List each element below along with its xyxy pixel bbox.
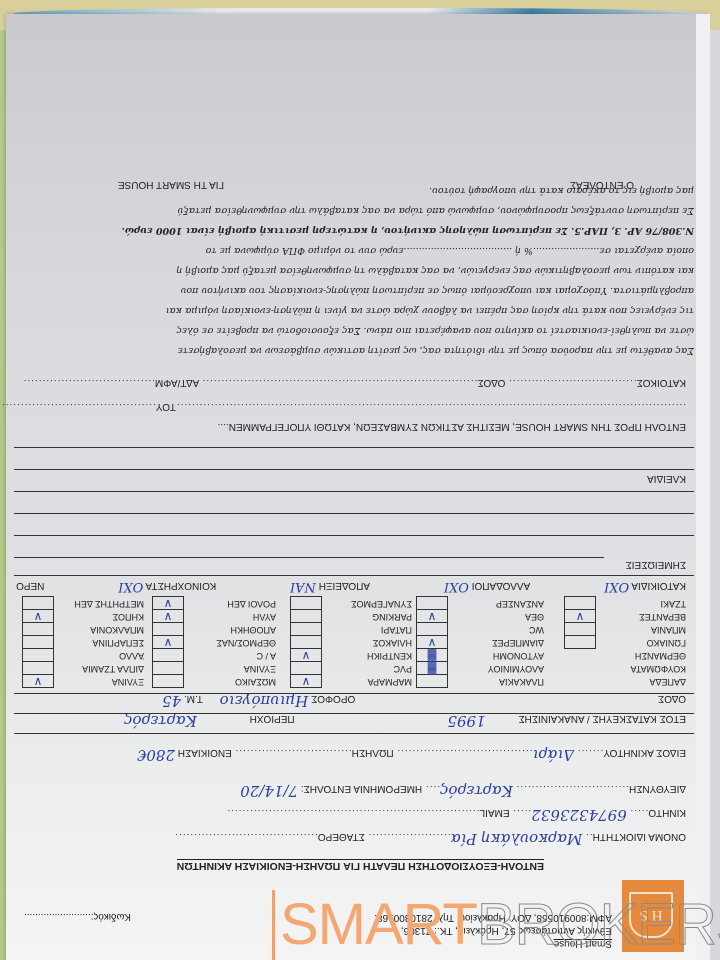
sqm-label: Τ.Μ. <box>184 693 203 704</box>
feature-label: ΔΙΠΛΑ ΤΖΑΜΙΑ <box>82 663 144 676</box>
extra-field[interactable]: ΚΟΙΝΟΧΡΗΣΤΑ ΟΧΙ <box>118 579 216 594</box>
watermark-smart: SMART <box>280 892 477 957</box>
check-mark-icon: ∨ <box>417 638 447 648</box>
feature-checkbox[interactable]: ∨ <box>22 609 54 623</box>
year-value: 1995 <box>447 712 485 730</box>
date-value: 7/14/20 <box>240 782 298 800</box>
client-signature-label: Ο ΕΝΤΟΛΕΑΣ <box>570 179 634 190</box>
address-label: ΔΙΕΥΘΥΝΣΗ <box>629 783 686 794</box>
check-mark-icon: ∨ <box>291 651 321 661</box>
owner-field[interactable]: ΟΝΟΜΑ ΙΔΙΟΚΤΗΤΗ.. Μαρκουλάκη Ρία........… <box>174 830 686 848</box>
feature-checkbox[interactable]: ∨ <box>152 609 184 623</box>
year-field[interactable]: ΕΤΟΣ ΚΑΤΑΣΚΕΥΗΣ / ΑΝΑΚΑΙΝΙΣΗΣ 1995 ΠΕΡΙΟ… <box>124 712 686 730</box>
feature-label: ΠΛΑΚΑΚΙΑ <box>499 676 544 689</box>
feature-label: ΜΩΣΑΙΚΟ <box>235 676 276 689</box>
mobile-label: ΚΙΝΗΤΟ <box>648 807 686 818</box>
feature-label: ΡΟΛΟΙ ΔΕΗ <box>227 598 276 611</box>
type-value: Διάρι <box>532 746 574 764</box>
feature-label: ΣΕΠΑΡΠΙΝΑ <box>92 637 144 650</box>
feature-label: ΠΑΤΑΡΙ <box>381 624 412 637</box>
feature-checkbox[interactable]: ∨ <box>564 609 596 623</box>
agency-signature-label: ΓΙΑ ΤΗ SMART HOUSE <box>118 179 224 190</box>
feature-checkbox[interactable] <box>22 648 54 662</box>
feature-checkbox[interactable]: ∨ <box>152 635 184 649</box>
extra-value: ΝΑΙ <box>290 579 316 594</box>
feature-checkbox[interactable]: ∨ <box>416 635 448 649</box>
id-label: ΑΔΤ/ΑΦΜ <box>155 377 199 388</box>
owner-value: Μαρκουλάκη Ρία <box>451 830 583 848</box>
feature-checkbox[interactable] <box>416 674 448 688</box>
feature-label: ΞΥΛΙΝΑ <box>244 663 276 676</box>
extra-value: ΟΧΙ <box>118 579 143 594</box>
extra-label: ΚΟΙΝΟΧΡΗΣΤΑ <box>143 580 216 591</box>
check-mark-icon: ∨ <box>417 612 447 622</box>
feature-label: ΚΕΝΤΡΙΚΗ <box>367 650 412 663</box>
paragraph-line: Ν.308/76 ΑΡ. 3, ΠΑΡ.5. Σε περίπτωση πώλη… <box>14 220 694 240</box>
extra-value: ΟΧΙ <box>444 579 469 594</box>
feature-label: ΑΥΤΟΝΟΜΗ <box>493 650 544 663</box>
feature-label: WC <box>529 624 544 637</box>
address-value: Καρτερός <box>440 782 513 800</box>
street-label: ΟΔΟΣ <box>658 693 686 704</box>
sqm-value: 45 <box>162 692 181 710</box>
feature-checkbox[interactable]: ▓ <box>416 661 448 675</box>
feature-label: PARKING <box>372 611 412 624</box>
of-field[interactable]: ........................................… <box>0 401 686 412</box>
paragraph-line: Σας αναθέτω με την παρούσα όπως με την ι… <box>14 340 694 360</box>
feature-checkbox[interactable] <box>152 661 184 675</box>
feature-label: ΤΖΑΚΙ <box>660 598 686 611</box>
divider <box>14 693 694 694</box>
of-label: ΤΟΥ <box>156 401 176 412</box>
landline-label: ΣΤΑΘΕΡΟ <box>318 831 365 842</box>
extra-field[interactable]: ΝΕΡΟ <box>16 579 44 594</box>
area-value: Καρτερός <box>124 712 197 730</box>
feature-label: ΆΛΛΟ <box>119 650 144 663</box>
feature-checkbox[interactable] <box>152 674 184 688</box>
feature-label: ΚΟΥΦΩΜΑΤΑ <box>630 663 686 676</box>
feature-label: ΓΩΝΙΑΚΟ <box>647 637 686 650</box>
feature-label: ΑΛΟΥΜΙΝΙΟΥ <box>488 663 544 676</box>
feature-checkbox[interactable] <box>152 622 184 636</box>
extra-label: ΑΠΟΔΕΙΞΗ <box>316 580 370 591</box>
extras-row: ΚΑΤΟΙΚΙΔΙΑ ΟΧΙΑΛΛΟΔΑΠΟΙ ΟΧΙΑΠΟΔΕΙΞΗ ΝΑΙΚ… <box>16 579 686 594</box>
feature-label: ΚΗΠΟΣ <box>112 611 144 624</box>
feature-checkbox[interactable] <box>152 648 184 662</box>
floor-label: ΟΡΟΦΟΣ <box>311 693 355 704</box>
feature-label: Α / C <box>256 650 276 663</box>
paragraph-line: και κατόπιν των μεσολαβητικών σας ενεργε… <box>14 260 694 280</box>
feature-checkbox[interactable]: ∨ <box>416 609 448 623</box>
scribble-mark-icon: ▓ <box>417 651 447 661</box>
extra-value: ΟΧΙ <box>604 579 629 594</box>
email-label: EMAIL <box>480 807 510 818</box>
paper-edge <box>696 14 710 960</box>
owner-label: ΟΝΟΜΑ ΙΔΙΟΚΤΗΤΗ <box>593 831 686 842</box>
extra-field[interactable]: ΑΛΛΟΔΑΠΟΙ ΟΧΙ <box>444 579 530 594</box>
date-label: ΗΜΕΡΟΜΗΝΙΑ ΕΝΤΟΛΗΣ: <box>301 783 422 794</box>
feature-label: ΔΑΠΕΔΑ <box>649 676 686 689</box>
feature-checkbox[interactable] <box>290 635 322 649</box>
feature-checkbox[interactable] <box>290 609 322 623</box>
year-label: ΕΤΟΣ ΚΑΤΑΣΚΕΥΗΣ / ΑΝΑΚΑΙΝΙΣΗΣ <box>518 713 686 724</box>
feature-label: ΜΠΑΛΚΟΝΙΑ <box>90 624 144 637</box>
check-mark-icon: ∨ <box>153 638 183 648</box>
mobile-value: 6974323632 <box>531 806 626 824</box>
feature-checkbox[interactable] <box>564 596 596 610</box>
resident-label: ΚΑΤΟΙΚΟΣ <box>637 377 686 388</box>
extra-field[interactable]: ΑΠΟΔΕΙΞΗ ΝΑΙ <box>290 579 370 594</box>
paragraph-line: Σε περίπτωση συντάξεως προσυμφώνου, συμφ… <box>14 200 694 220</box>
feature-label: ΞΥΛΙΝΑ <box>112 676 144 689</box>
extra-field[interactable]: ΚΑΤΟΙΚΙΔΙΑ ΟΧΙ <box>604 579 686 594</box>
check-mark-icon: ∨ <box>23 612 53 622</box>
feature-label: ΘΕΡΜΟΣ/ΝΑΣ <box>216 637 276 650</box>
type-label: ΕΙΔΟΣ ΑΚΙΝΗΤΟΥ <box>603 747 686 758</box>
paragraph-line: ώστε να πωληθεί-ενοικιαστεί το ακίνητο π… <box>14 320 694 340</box>
feature-label: ΑΠΟΘΗΚΗ <box>230 624 276 637</box>
feature-checkbox[interactable] <box>416 622 448 636</box>
area-label: ΠΕΡΙΟΧΗ <box>250 713 295 724</box>
feature-checkbox[interactable]: ∨ <box>290 674 322 688</box>
feature-checkbox[interactable] <box>22 635 54 649</box>
paragraph-line: τις ενέργειες που κατά την κρίση σας πρέ… <box>14 300 694 320</box>
check-mark-icon: ∨ <box>23 677 53 687</box>
feature-label: ΣΥΝΑΓΕΡΜΟΣ <box>351 598 412 611</box>
check-mark-icon: ∨ <box>153 612 183 622</box>
divider <box>14 575 694 576</box>
feature-checkbox[interactable] <box>22 596 54 610</box>
feature-label: ΑΝΣΑΝΣΕΡ <box>496 598 544 611</box>
mandate-paragraph: Σας αναθέτω με την παρούσα όπως με την ι… <box>14 180 694 360</box>
divider <box>14 733 694 734</box>
feature-label: ΔΙΑΜΠΕΡΕΣ <box>492 637 544 650</box>
notes-label: ΣΗΜΕΙΩΣΕΙΣ <box>626 559 686 570</box>
feature-label: ΑΥΛΗ <box>253 611 276 624</box>
check-mark-icon: ∨ <box>153 599 183 609</box>
feature-checkbox[interactable]: ▓ <box>416 648 448 662</box>
mandate-line: ΕΝΤΟΛΗ ΠΡΟΣ ΤΗΝ SMART HOUSE, ΜΕΣΙΤΗΣ ΑΣΤ… <box>218 421 686 432</box>
feature-checkbox[interactable]: ∨ <box>22 674 54 688</box>
street2-label: ΟΔΟΣ <box>477 377 505 388</box>
feature-label: ΒΕΡΑΝΤΕΣ <box>639 611 686 624</box>
form-document: H S Smart House Εθνικής Αντιστάσεως 57, … <box>14 95 694 960</box>
feature-label: ΘΕΑ <box>525 611 544 624</box>
feature-checkbox[interactable] <box>564 635 596 649</box>
mobile-field[interactable]: ΚΙΝΗΤΟ..... 6974323632..... EMAIL.......… <box>226 806 686 824</box>
rent-label: ΕΝΟΙΚΙΑΣΗ <box>178 747 232 758</box>
extra-label: ΚΑΤΟΙΚΙΔΙΑ <box>629 580 686 591</box>
feature-checkbox[interactable] <box>290 622 322 636</box>
watermark-brokers: BROKERS <box>477 892 720 957</box>
paragraph-line: απροβλημάτιστα. Υπόσχομαι και υποχρεούμα… <box>14 280 694 300</box>
divider <box>14 713 694 714</box>
feature-checkbox[interactable] <box>290 596 322 610</box>
feature-checkbox[interactable] <box>22 661 54 675</box>
feature-checkbox[interactable] <box>416 596 448 610</box>
extra-label: ΝΕΡΟ <box>16 580 44 591</box>
paragraph-line: οποία ανέρχεται σε......................… <box>14 240 694 260</box>
feature-checkbox[interactable] <box>290 661 322 675</box>
form-title: ΕΝΤΟΛΗ-ΕΞΟΥΣΙΟΔΟΤΗΣΗ ΠΕΛΑΤΗ ΓΙΑ ΠΩΛΗΣΗ-Ε… <box>177 859 544 872</box>
floor-value: Ημιυπόγειο <box>220 692 309 710</box>
sale-label: ΠΩΛΗΣΗ <box>352 747 394 758</box>
feature-checkbox[interactable] <box>564 622 596 636</box>
smart-brokers-watermark: SMARTBROKERS <box>272 896 720 954</box>
feature-checkbox[interactable]: ∨ <box>152 596 184 610</box>
feature-label: PVC <box>393 663 412 676</box>
rent-value: 280€ <box>137 746 175 764</box>
check-mark-icon: ∨ <box>291 677 321 687</box>
feature-label: ΗΛΙΑΚΟΣ <box>373 637 412 650</box>
feature-label: ΜΕΤΡΗΤΗΣ ΔΕΗ <box>74 598 144 611</box>
code-field[interactable]: Κωδικός:........................ <box>24 911 131 922</box>
feature-label: ΜΑΡΜΑΡΑ <box>368 676 412 689</box>
scribble-mark-icon: ▓ <box>417 664 447 674</box>
property-type-field[interactable]: ΕΙΔΟΣ ΑΚΙΝΗΤΟΥ....... Διάρι.............… <box>137 746 686 764</box>
feature-label: ΜΠΑΝΙΑ <box>651 624 686 637</box>
check-mark-icon: ∨ <box>565 612 595 622</box>
feature-checkbox[interactable] <box>22 622 54 636</box>
street-floor-field[interactable]: ΟΔΟΣ ΟΡΟΦΟΣ Ημιυπόγειο Τ.Μ. 45 <box>162 692 686 710</box>
resident-field[interactable]: ΚΑΤΟΙΚΟΣ................................… <box>23 377 686 388</box>
feature-checkbox[interactable]: ∨ <box>290 648 322 662</box>
keys-label: ΚΛΕΙΔΙΑ <box>647 473 686 484</box>
extra-label: ΑΛΛΟΔΑΠΟΙ <box>469 580 530 591</box>
address-field[interactable]: ΔΙΕΥΘΥΝΣΗ.............................. … <box>240 782 686 800</box>
feature-label: ΘΕΡΜΑΝΣΗ <box>635 650 686 663</box>
